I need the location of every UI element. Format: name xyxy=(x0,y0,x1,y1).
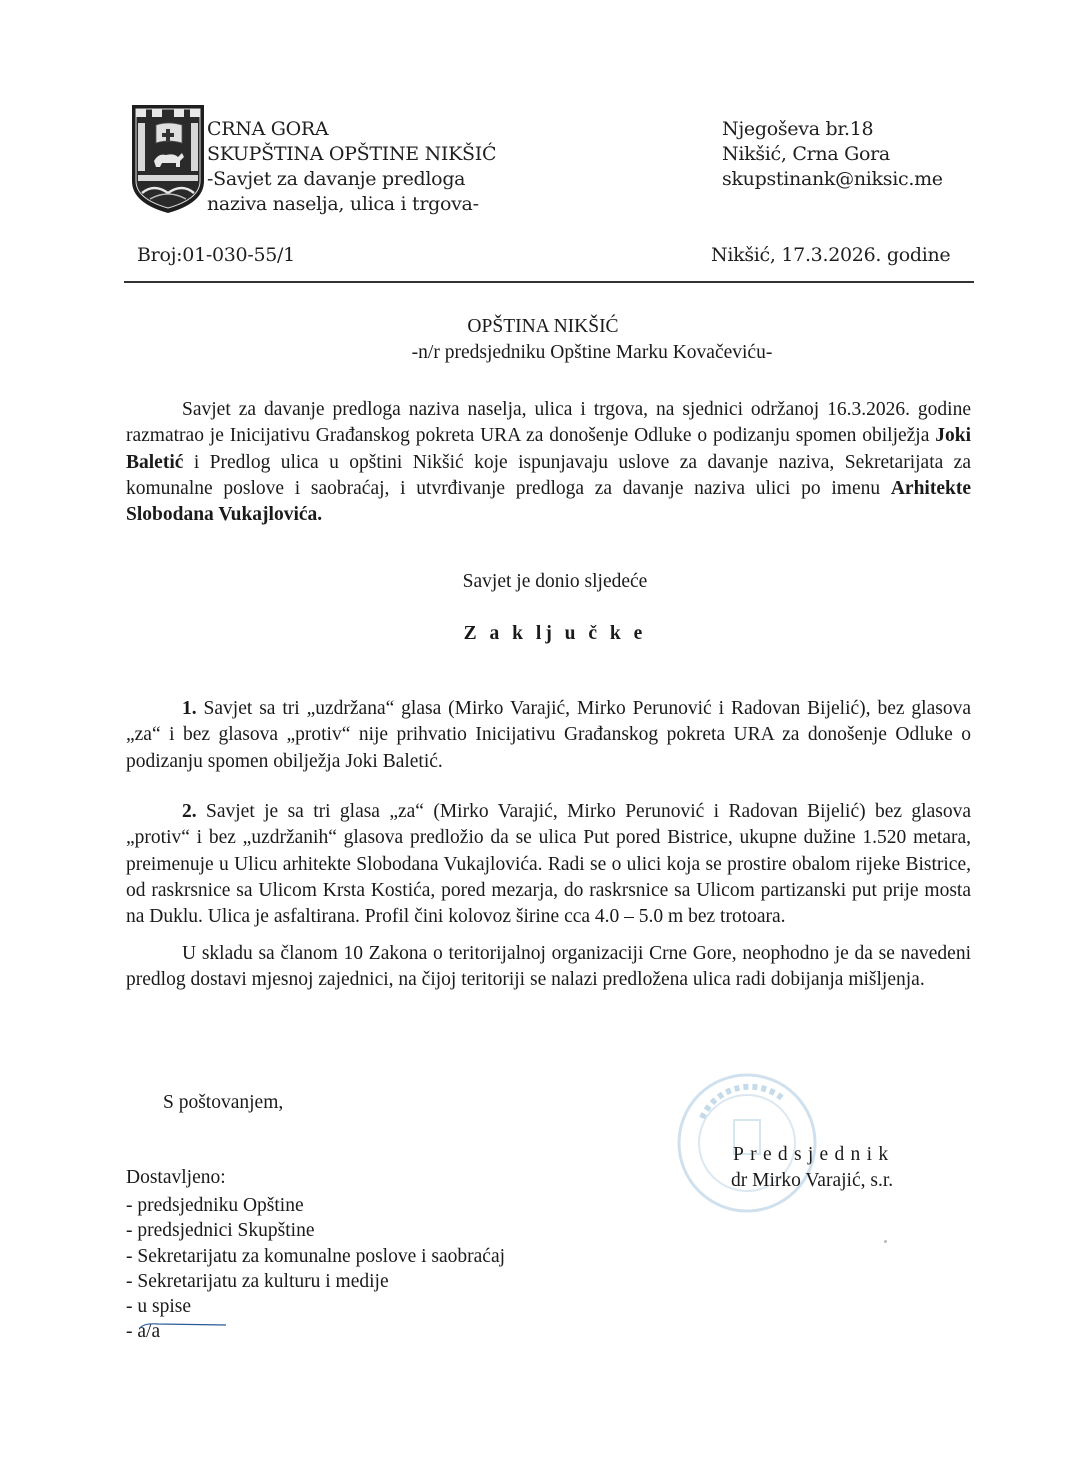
address-street: Njegoševa br.18 xyxy=(722,117,943,142)
intro-paragraph: Savjet za davanje predloga naziva naselj… xyxy=(126,397,971,528)
org-line-assembly: SKUPŠTINA OPŠTINE NIKŠIĆ xyxy=(207,142,496,167)
org-line-council-cont: naziva naselja, ulica i trgova- xyxy=(207,192,496,217)
legal-note: U skladu sa članom 10 Zakona o teritorij… xyxy=(126,941,971,994)
address-block: Njegoševa br.18 Nikšić, Crna Gora skupst… xyxy=(722,117,943,192)
distribution-item: - Sekretarijatu za kulturu i medije xyxy=(126,1269,505,1294)
distribution-item: - predsjednici Skupštine xyxy=(126,1218,505,1243)
decision-intro: Savjet je donio sljedeće xyxy=(0,571,1080,593)
header-divider xyxy=(124,281,974,283)
coat-of-arms-icon xyxy=(130,103,206,215)
recipient-attention: -n/r predsjedniku Opštine Marku Kovačevi… xyxy=(0,342,1080,364)
distribution-item: - Sekretarijatu za komunalne poslove i s… xyxy=(126,1244,505,1269)
distribution-label: Dostavljeno: xyxy=(126,1167,226,1189)
org-line-council: -Savjet za davanje predloga xyxy=(207,167,496,192)
organization-header: CRNA GORA SKUPŠTINA OPŠTINE NIKŠIĆ -Savj… xyxy=(207,117,496,217)
distribution-item: - predsjedniku Opštine xyxy=(126,1193,505,1218)
pen-underline-mark xyxy=(138,1317,228,1325)
address-city: Nikšić, Crna Gora xyxy=(722,142,943,167)
address-email[interactable]: skupstinank@niksic.me xyxy=(722,167,943,192)
conclusion-item: 2. Savjet je sa tri glasa „za“ (Mirko Va… xyxy=(126,799,971,930)
signature-name: dr Mirko Varajić, s.r. xyxy=(731,1170,893,1192)
scan-speck xyxy=(884,1240,887,1243)
conclusion-item: 1. Savjet sa tri „uzdržana“ glasa (Mirko… xyxy=(126,696,971,775)
distribution-item: - u spise xyxy=(126,1294,505,1319)
signature-title: Predsjednik xyxy=(733,1144,894,1166)
official-stamp-icon xyxy=(672,1068,822,1218)
conclusion-number: 1. xyxy=(182,698,197,719)
org-line-country: CRNA GORA xyxy=(207,117,496,142)
conclusions-title: Z a k lj u č k e xyxy=(0,623,1080,645)
reference-number: Broj:01-030-55/1 xyxy=(137,244,295,266)
place-date: Nikšić, 17.3.2026. godine xyxy=(711,244,950,266)
conclusion-number: 2. xyxy=(182,801,197,822)
recipient-name: OPŠTINA NIKŠIĆ xyxy=(0,316,1080,338)
closing-salutation: S poštovanjem, xyxy=(163,1092,283,1114)
